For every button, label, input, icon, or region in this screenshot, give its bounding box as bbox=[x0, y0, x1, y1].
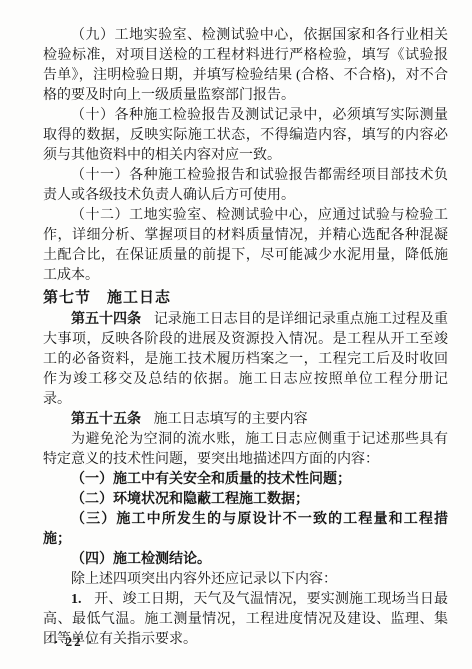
clause-10-paragraph: （十）各种施工检验报告及测试记录中，必须填写实际测量取得的数据，反映实际施工状态… bbox=[43, 106, 448, 166]
article-55-text: 施工日志填写的主要内容 bbox=[154, 412, 308, 427]
clause-12-paragraph: （十二）工地实验室、检测试验中心，应通过试验与检验工作，详细分析、掌握项目的材料… bbox=[43, 206, 448, 286]
intro-paragraph: 为避免沦为空洞的流水账，施工日志应侧重于记述那些具有特定意义的技术性问题，要突出… bbox=[43, 430, 448, 470]
numbered-item-1: 1.开、竣工日期，天气及气温情况，要实测施工现场当日最高、最低气温。施工测量情况… bbox=[43, 590, 448, 650]
list-item-4: （四）施工检测结论。 bbox=[43, 550, 448, 570]
list-item-1: （一）施工中有关安全和质量的技术性问题； bbox=[43, 470, 448, 490]
list-item-3: （三）施工中所发生的与原设计不一致的工程量和工程措施； bbox=[43, 510, 448, 550]
document-page: （九）工地实验室、检测试验中心，依据国家和各行业相关检验标准，对项目送检的工程材… bbox=[0, 0, 472, 669]
page-number: · 22 · bbox=[54, 632, 94, 652]
list-item-2: （二）环境状况和隐蔽工程施工数据； bbox=[43, 490, 448, 510]
clause-9-paragraph: （九）工地实验室、检测试验中心，依据国家和各行业相关检验标准，对项目送检的工程材… bbox=[43, 26, 448, 106]
section-heading: 第七节 施工日志 bbox=[43, 288, 448, 308]
numbered-item-1-text: 开、竣工日期，天气及气温情况，要实测施工现场当日最高、最低气温。施工测量情况，工… bbox=[43, 592, 448, 647]
article-54-number: 第五十四条 bbox=[71, 312, 141, 327]
clause-11-paragraph: （十一）各种施工检验报告和试验报告都需经项目部技术负责人或各级技术负责人确认后方… bbox=[43, 166, 448, 206]
article-54-paragraph: 第五十四条记录施工日志目的是详细记录重点施工过程及重大事项，反映各阶段的进展及资… bbox=[43, 310, 448, 410]
numbered-item-1-number: 1. bbox=[71, 592, 82, 607]
article-55-number: 第五十五条 bbox=[71, 412, 141, 427]
note-paragraph: 除上述四项突出内容外还应记录以下内容： bbox=[43, 570, 448, 590]
article-55-paragraph: 第五十五条施工日志填写的主要内容 bbox=[43, 410, 448, 430]
